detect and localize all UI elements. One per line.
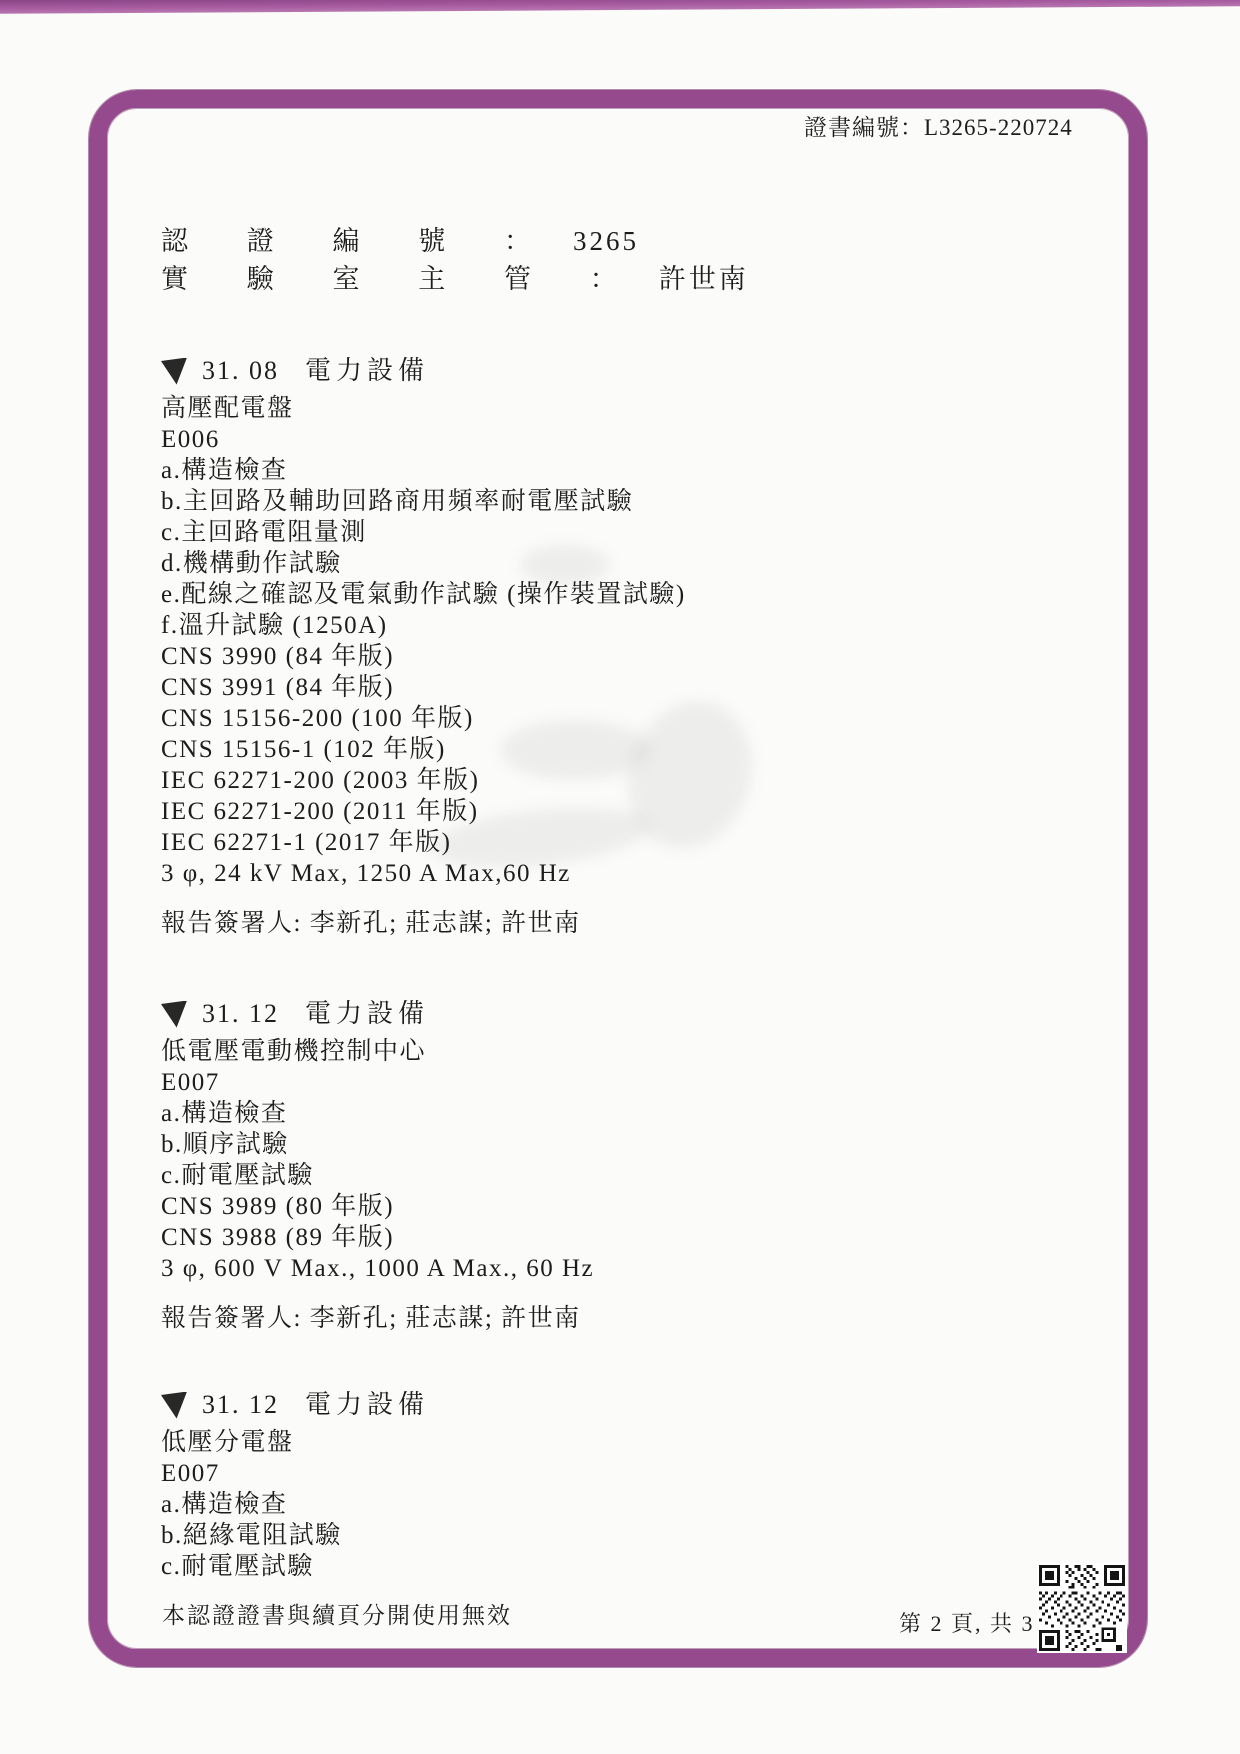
spec-line: c.主回路電阻量測	[161, 517, 981, 548]
section-marker-icon	[161, 1001, 187, 1028]
lab-director-label: 實 驗 室 主 管 ：	[161, 264, 643, 294]
spec-line: E006	[161, 424, 981, 455]
certificate-number: 證書編號：L3265-220724	[804, 109, 1073, 142]
section-lines: 低電壓電動機控制中心E007a.構造檢查b.順序試驗c.耐電壓試驗CNS 398…	[161, 1036, 981, 1284]
spec-line: a.構造檢查	[161, 1098, 981, 1129]
section-marker-icon	[161, 1392, 187, 1419]
spec-line: f.溫升試驗 (1250A)	[161, 610, 981, 641]
spec-line: E007	[161, 1067, 981, 1098]
certificate-body: 認 證 編 號 ：3265 實 驗 室 主 管 ：許世南 31. 08 電力設備…	[161, 222, 981, 1582]
section-lines: 高壓配電盤E006a.構造檢查b.主回路及輔助回路商用頻率耐電壓試驗c.主回路電…	[161, 393, 981, 889]
section-category: 電力設備	[305, 354, 429, 388]
section-heading: 31. 12 電力設備	[161, 1388, 981, 1422]
scope-section-31-12-a: 31. 12 電力設備 低電壓電動機控制中心E007a.構造檢查b.順序試驗c.…	[161, 997, 981, 1334]
spec-line: IEC 62271-1 (2017 年版)	[161, 827, 981, 858]
spec-line: c.耐電壓試驗	[161, 1160, 981, 1191]
report-signers: 報告簽署人: 李新孔; 莊志謀; 許世南	[161, 1303, 981, 1334]
spec-line: c.耐電壓試驗	[161, 1551, 981, 1582]
scope-section-31-08: 31. 08 電力設備 高壓配電盤E006a.構造檢查b.主回路及輔助回路商用頻…	[161, 354, 981, 939]
validity-note: 本認證證書與續頁分開使用無效	[162, 1597, 512, 1630]
scope-section-31-12-b: 31. 12 電力設備 低壓分電盤E007a.構造檢查b.絕緣電阻試驗c.耐電壓…	[161, 1388, 981, 1582]
spec-line: CNS 15156-200 (100 年版)	[161, 703, 981, 734]
spec-line: 低壓分電盤	[161, 1427, 981, 1458]
accreditation-number-line: 認 證 編 號 ：3265	[161, 222, 981, 260]
scan-artifact-streak	[0, 0, 1240, 14]
spec-line: IEC 62271-200 (2003 年版)	[161, 765, 981, 796]
spec-line: a.構造檢查	[161, 455, 981, 486]
section-lines: 低壓分電盤E007a.構造檢查b.絕緣電阻試驗c.耐電壓試驗	[161, 1427, 981, 1582]
spec-line: a.構造檢查	[161, 1489, 981, 1520]
section-code: 31. 12	[202, 997, 279, 1031]
section-category: 電力設備	[305, 1388, 429, 1422]
qr-code	[1037, 1563, 1127, 1653]
accreditation-number-label: 認 證 編 號 ：	[161, 226, 557, 256]
spec-line: e.配線之確認及電氣動作試驗 (操作裝置試驗)	[161, 579, 981, 610]
spec-line: 3 φ, 600 V Max., 1000 A Max., 60 Hz	[161, 1253, 981, 1284]
section-category: 電力設備	[305, 997, 429, 1031]
lab-director-line: 實 驗 室 主 管 ：許世南	[161, 260, 981, 298]
section-heading: 31. 08 電力設備	[161, 354, 981, 388]
spec-line: b.絕緣電阻試驗	[161, 1520, 981, 1551]
spec-line: E007	[161, 1458, 981, 1489]
spec-line: d.機構動作試驗	[161, 548, 981, 579]
spec-line: 3 φ, 24 kV Max, 1250 A Max,60 Hz	[161, 858, 981, 889]
spec-line: b.順序試驗	[161, 1129, 981, 1160]
spec-line: CNS 3991 (84 年版)	[161, 672, 981, 703]
section-marker-icon	[161, 358, 187, 385]
spec-line: CNS 15156-1 (102 年版)	[161, 734, 981, 765]
section-code: 31. 08	[202, 354, 279, 388]
spec-line: 高壓配電盤	[161, 393, 981, 424]
report-signers: 報告簽署人: 李新孔; 莊志謀; 許世南	[161, 908, 981, 939]
lab-director-value: 許世南	[659, 264, 749, 294]
accreditation-number-value: 3265	[573, 226, 639, 256]
spec-line: CNS 3989 (80 年版)	[161, 1191, 981, 1222]
section-heading: 31. 12 電力設備	[161, 997, 981, 1031]
section-code: 31. 12	[202, 1388, 279, 1422]
spec-line: CNS 3990 (84 年版)	[161, 641, 981, 672]
spec-line: b.主回路及輔助回路商用頻率耐電壓試驗	[161, 486, 981, 517]
spec-line: IEC 62271-200 (2011 年版)	[161, 796, 981, 827]
spec-line: CNS 3988 (89 年版)	[161, 1222, 981, 1253]
spec-line: 低電壓電動機控制中心	[161, 1036, 981, 1067]
